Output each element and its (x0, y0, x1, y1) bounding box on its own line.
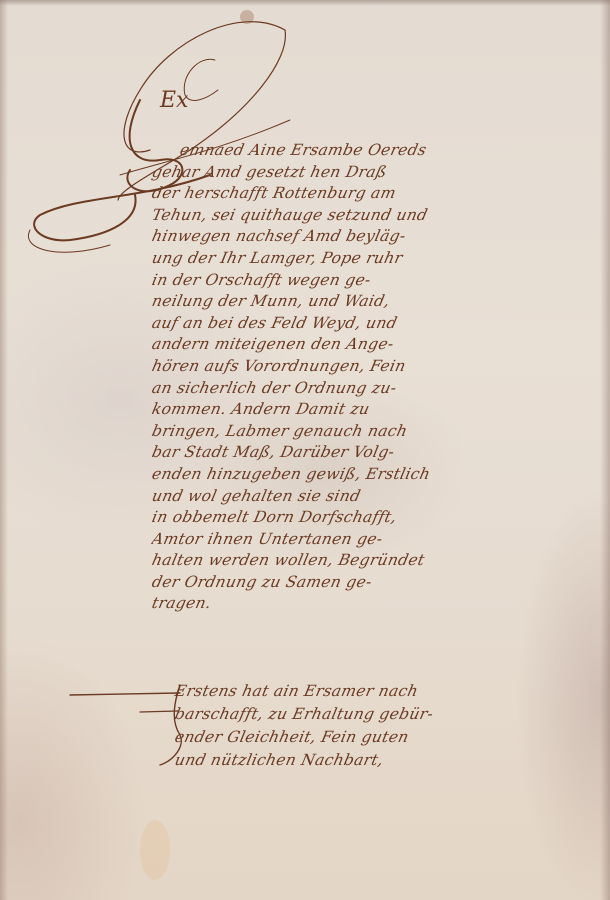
text-line: und wol gehalten sie sind (150, 486, 585, 508)
text-line: andern miteigenen den Ange- (150, 334, 585, 356)
text-line: barschafft, zu Erhaltung gebür- (173, 703, 598, 726)
text-line: und nützlichen Nachbart, (173, 749, 598, 772)
text-line: der Ordnung zu Samen ge- (150, 572, 585, 594)
text-line: emnaed Aine Ersambe Oereds (150, 140, 585, 162)
text-line: in obbemelt Dorn Dorfschafft, (150, 507, 585, 529)
manuscript-page: Ex emnaed Aine Ersambe Oereds gehar Amd … (0, 0, 610, 900)
text-line: enden hinzugeben gewiß, Erstlich (150, 464, 585, 486)
text-line: ung der Ihr Lamger, Pope ruhr (150, 248, 585, 270)
text-line: neilung der Munn, und Waid, (150, 291, 585, 313)
text-line: Tehun, sei quithauge setzund und (150, 205, 585, 227)
text-line: tragen. (150, 593, 585, 615)
text-line: bar Stadt Maß, Darüber Volg- (150, 442, 585, 464)
text-line: halten werden wollen, Begründet (150, 550, 585, 572)
text-line: hören aufs Vorordnungen, Fein (150, 356, 585, 378)
paragraph-1: emnaed Aine Ersambe Oereds gehar Amd ges… (152, 140, 582, 615)
text-line: der herschafft Rottenburg am (150, 183, 585, 205)
marginal-mark: Ex (160, 88, 188, 113)
text-line: kommen. Andern Damit zu (150, 399, 585, 421)
text-line: Amtor ihnen Untertanen ge- (150, 529, 585, 551)
text-line: bringen, Labmer genauch nach (150, 421, 585, 443)
text-line: gehar Amd gesetzt hen Draß (150, 162, 585, 184)
paragraph-2: Erstens hat ain Ersamer nach barschafft,… (175, 680, 595, 772)
text-line: Erstens hat ain Ersamer nach (173, 680, 598, 703)
text-line: an sicherlich der Ordnung zu- (150, 378, 585, 400)
text-line: in der Orschafft wegen ge- (150, 270, 585, 292)
text-line: auf an bei des Feld Weyd, und (150, 313, 585, 335)
text-line: ender Gleichheit, Fein guten (173, 726, 598, 749)
text-line: hinwegen nachsef Amd beyläg- (150, 226, 585, 248)
